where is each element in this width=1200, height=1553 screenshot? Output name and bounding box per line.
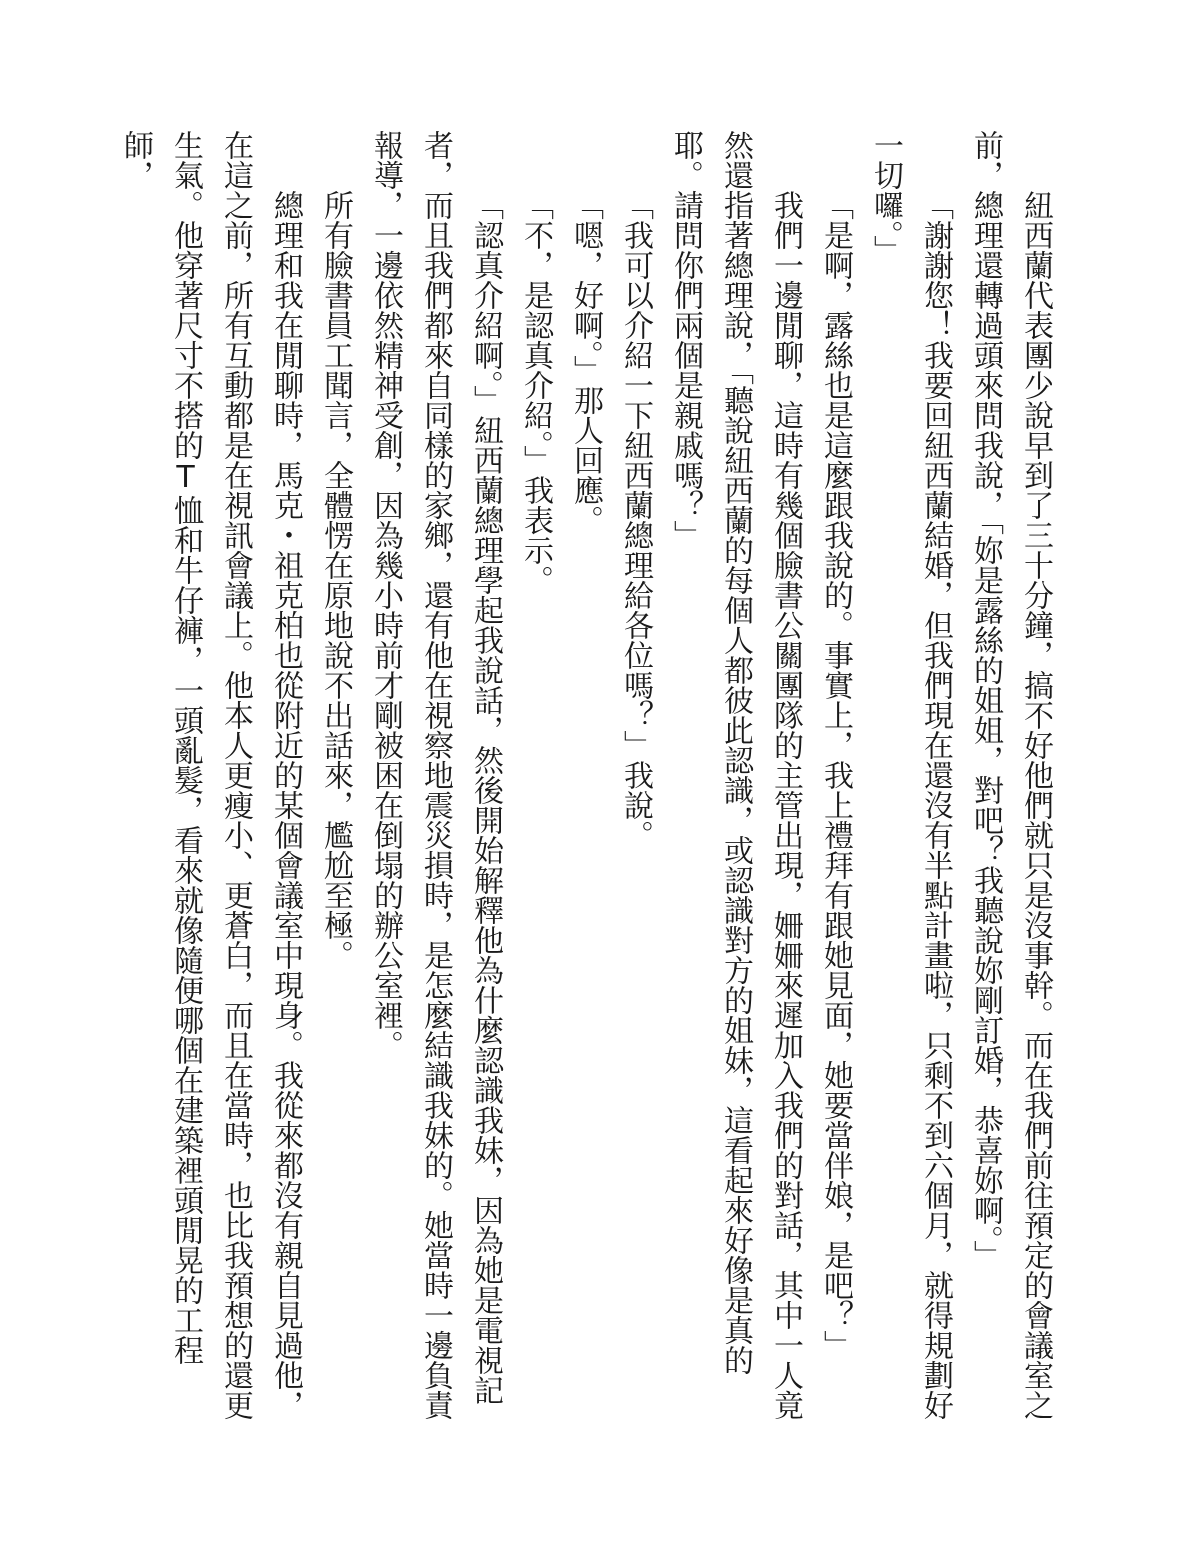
paragraph: 「我可以介紹一下紐西蘭總理給各位嗎？」我說。 — [610, 130, 660, 1422]
paragraph: 「認真介紹啊。」紐西蘭總理學起我說話，然後開始解釋他為什麼認識我妹，因為她是電視… — [360, 130, 510, 1422]
paragraph: 「不，是認真介紹。」我表示。 — [510, 130, 560, 1422]
vertical-text-block: 紐西蘭代表團少說早到了三十分鐘，搞不好他們就只是沒事幹。而在我們前往預定的會議室… — [110, 130, 1060, 1422]
paragraph: 「是啊，露絲也是這麼跟我說的。事實上，我上禮拜有跟她見面，她要當伴娘，是吧？」 — [810, 130, 860, 1422]
paragraph: 「謝謝您！我要回紐西蘭結婚，但我們現在還沒有半點計畫啦，只剩不到六個月，就得規劃… — [860, 130, 960, 1422]
book-page: 紐西蘭代表團少說早到了三十分鐘，搞不好他們就只是沒事幹。而在我們前往預定的會議室… — [0, 0, 1200, 1553]
paragraph: 我們一邊閒聊，這時有幾個臉書公關團隊的主管出現，姍姍來遲加入我們的對話，其中一人… — [660, 130, 810, 1422]
paragraph: 總理和我在閒聊時，馬克・祖克柏也從附近的某個會議室中現身。我從來都沒有親自見過他… — [110, 130, 310, 1422]
paragraph: 所有臉書員工聞言，全體愣在原地說不出話來，尷尬至極。 — [310, 130, 360, 1422]
paragraph: 紐西蘭代表團少說早到了三十分鐘，搞不好他們就只是沒事幹。而在我們前往預定的會議室… — [960, 130, 1060, 1422]
paragraph: 「嗯，好啊。」那人回應。 — [560, 130, 610, 1422]
